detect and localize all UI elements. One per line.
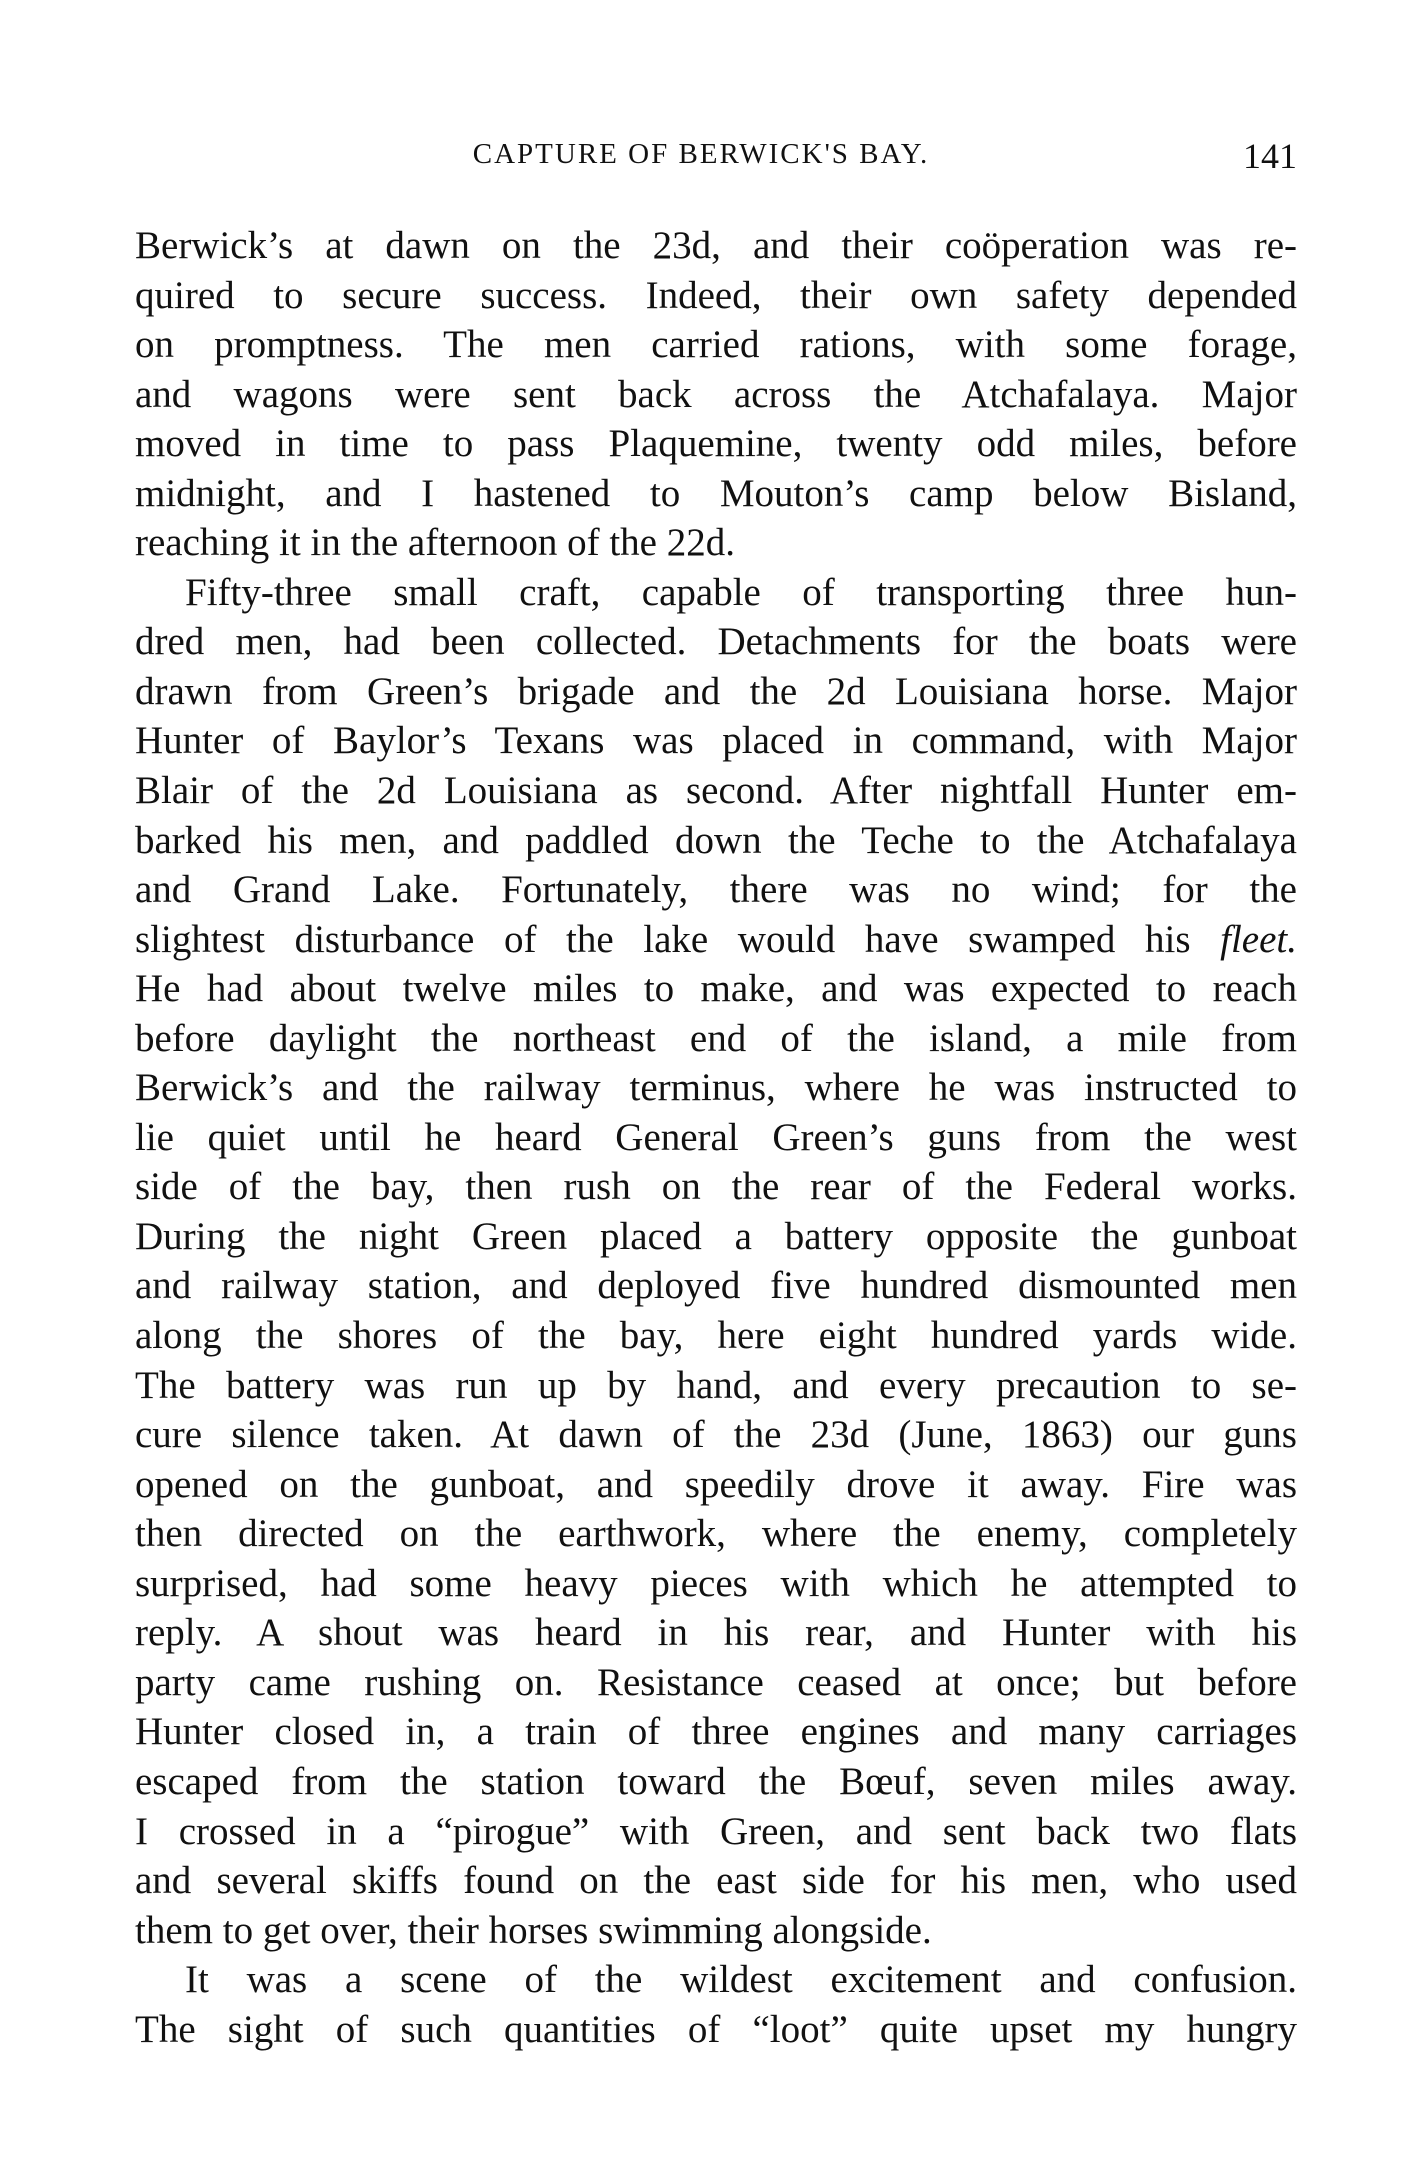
text-line: party came rushing on. Resistance ceased… xyxy=(135,1658,1297,1708)
text-line: before daylight the northeast end of the… xyxy=(135,1014,1297,1064)
text-line: He had about twelve miles to make, and w… xyxy=(135,964,1297,1014)
text-line: Blair of the 2d Louisiana as second. Aft… xyxy=(135,766,1297,816)
text-line: Hunter closed in, a train of three engin… xyxy=(135,1707,1297,1757)
text-line: reaching it in the afternoon of the 22d. xyxy=(135,518,1297,568)
text-line: Hunter of Baylor’s Texans was placed in … xyxy=(135,716,1297,766)
text-line: I crossed in a “pirogue” with Green, and… xyxy=(135,1807,1297,1857)
italic-word: fleet. xyxy=(1220,918,1297,961)
text-line: The battery was run up by hand, and ever… xyxy=(135,1361,1297,1411)
text-line-with-italic: slightest disturbance of the lake would … xyxy=(135,915,1297,965)
text-line: The sight of such quantities of “loot” q… xyxy=(135,2005,1297,2055)
text-line: reply. A shout was heard in his rear, an… xyxy=(135,1608,1297,1658)
book-page: CAPTURE OF BERWICK'S BAY. 141 Berwick’s … xyxy=(0,0,1413,2179)
text-line: drawn from Green’s brigade and the 2d Lo… xyxy=(135,667,1297,717)
text-line: then directed on the earthwork, where th… xyxy=(135,1509,1297,1559)
text-line: and wagons were sent back across the Atc… xyxy=(135,370,1297,420)
text-line: along the shores of the bay, here eight … xyxy=(135,1311,1297,1361)
text-line: Berwick’s and the railway terminus, wher… xyxy=(135,1063,1297,1113)
text-line: and Grand Lake. Fortunately, there was n… xyxy=(135,865,1297,915)
text-line: and railway station, and deployed five h… xyxy=(135,1261,1297,1311)
text-line: dred men, had been collected. Detachment… xyxy=(135,617,1297,667)
text-line: escaped from the station toward the Bœuf… xyxy=(135,1757,1297,1807)
text-line: It was a scene of the wildest excitement… xyxy=(135,1955,1297,2005)
text-line: side of the bay, then rush on the rear o… xyxy=(135,1162,1297,1212)
text-line: on promptness. The men carried rations, … xyxy=(135,320,1297,370)
text-line: Berwick’s at dawn on the 23d, and their … xyxy=(135,221,1297,271)
text-line: midnight, and I hastened to Mouton’s cam… xyxy=(135,469,1297,519)
text-segment: slightest disturbance of the lake would … xyxy=(135,918,1191,961)
text-line: lie quiet until he heard General Green’s… xyxy=(135,1113,1297,1163)
text-line: quired to secure success. Indeed, their … xyxy=(135,271,1297,321)
text-line: surprised, had some heavy pieces with wh… xyxy=(135,1559,1297,1609)
running-head: CAPTURE OF BERWICK'S BAY. 141 xyxy=(135,132,1297,176)
text-line: barked his men, and paddled down the Tec… xyxy=(135,816,1297,866)
text-line: them to get over, their horses swimming … xyxy=(135,1906,1297,1956)
text-line: and several skiffs found on the east sid… xyxy=(135,1856,1297,1906)
text-line: Fifty-three small craft, capable of tran… xyxy=(135,568,1297,618)
text-line: During the night Green placed a battery … xyxy=(135,1212,1297,1262)
page-number: 141 xyxy=(1243,136,1297,176)
text-line: opened on the gunboat, and speedily drov… xyxy=(135,1460,1297,1510)
running-title: CAPTURE OF BERWICK'S BAY. xyxy=(135,136,1297,172)
text-line: moved in time to pass Plaquemine, twenty… xyxy=(135,419,1297,469)
text-line: cure silence taken. At dawn of the 23d (… xyxy=(135,1410,1297,1460)
body-text: Berwick’s at dawn on the 23d, and their … xyxy=(135,221,1297,2054)
